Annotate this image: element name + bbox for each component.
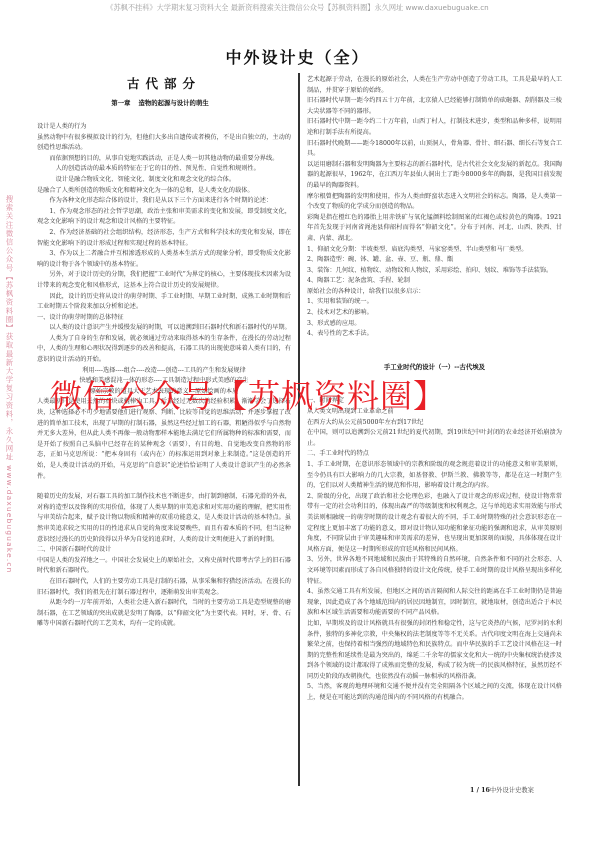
paragraph: 设计是融合物质文化、智能文化、制度文化和观念文化的综合体。: [37, 175, 291, 186]
chapter-number: 第一章: [111, 99, 130, 107]
paragraph: 旧石器时代晚期——距今18000年以前，山顶洞人，骨角器、骨针、细石器、细长石等…: [307, 139, 562, 160]
section-title: 古代部分: [37, 76, 291, 92]
paragraph: 艺术起源于劳动，在漫长的原始社会，人类在生产劳动中创造了劳动工具，工具是最早的人…: [307, 75, 562, 96]
paragraph: 1、手工业时期，在意识形态领域中的宗教和阶级的观念规范着设计的功能意义和审美原则…: [307, 460, 562, 492]
footer-label: 中外设计史教案: [490, 787, 534, 794]
paragraph: 5、当然，客观的地理环境和交通不便并没有完全阻隔各个区域之间的交流，体现在设计风…: [307, 682, 562, 703]
paragraph: 设计是人类的行为: [37, 122, 291, 133]
paragraph: 比如，早期埃及的设计风格就具有很强的封闭性和稳定性，这与它炎热的气候，尼罗河的水…: [307, 619, 562, 683]
paragraph: 随着历史的发展，对石器工具的加工制作技术也不断进步，由打制到磨制，石器光滑的外表…: [37, 492, 291, 545]
paragraph: 3、装饰：几何纹、植物纹、动物纹和人物纹，采用彩绘、拍印、划纹、堆饰等手法装饰。: [307, 266, 562, 277]
paragraph: 二、中国新石器时代的设计: [37, 545, 291, 556]
paragraph: 而依据预想的目的，从事自觉地实践活动，正是人类一切其他动物的最重要分界线。: [37, 154, 291, 165]
paragraph: 1、作为观念形态的社会哲学思潮，政治主张和审美需求的变化和发展，即受制度文化，观…: [37, 207, 291, 228]
paragraph: 中国是人类的发祥地之一。中国社会发展史上的原始社会，又称史前时代即考古学上的旧石…: [37, 556, 291, 577]
paragraph: 3、另外，世界各地不同地域和民族由于其特殊的自然环境，自然条件和不同的社会形态、…: [307, 555, 562, 587]
header-watermark: 《苏枫不挂科》大学期末复习资料大全 最新资料搜索关注微信公众号【苏枫资料圈】永久…: [0, 3, 595, 13]
side-watermark: 搜索关注微信公众号【苏枫资料圈】获取最新大学复习资料，永久网址 www.daxu…: [5, 195, 15, 574]
column-divider: [298, 73, 300, 786]
paragraph: 二、手工业时代的特点: [307, 449, 562, 460]
paragraph: 2、作为经济基础的社会组织结构，经济形态，生产方式和科学技术的变化和发展，即在智…: [37, 228, 291, 249]
paragraph: 4、虽然交通工具有所发展，但地区之间的语言隔阂和人际交往的距离在手工业时期仍是普…: [307, 587, 562, 619]
paragraph: 4、表号性的艺术手法。: [307, 329, 562, 340]
paragraph: 人类为了自身的生存和发展，就必须通过劳动来取得基本的生存条件，在漫长的劳动过程中…: [37, 334, 291, 366]
paragraph: 是融合了人类所创造的物质文化和精神文化为一体的总和，是人类文化的载体。: [37, 186, 291, 197]
paragraph: 人的创造活动的最本质的特征在于它的目的性、预见性、自觉性和规则性。: [37, 164, 291, 175]
red-watermark-overlay: 微信公众号【苏枫资料圈】: [50, 376, 570, 416]
paragraph: 原始社会的各种设计，给我们以很多启示：: [307, 287, 562, 298]
paragraph: 旧石器时代早期一距今约四五十万年前，北京猿人已经能够打制简单的砍砸器、刮削器及三…: [307, 96, 562, 117]
paragraph: 从距今约一万年前开始，人类社会进入新石器时代，当时的主要劳动工具是造型规整的磨制…: [37, 598, 291, 630]
page-footer: 1 / 16中外设计史教案: [470, 785, 534, 794]
paragraph: 1、实用和装饰的统一。: [307, 297, 562, 308]
paragraph: 另外，对于设计历史的分期，我们把握“工业时代”为界定的核心，主要体现技术因素为设…: [37, 270, 291, 291]
paragraph: 摩尔根曾把陶器的发明和使用，作为人类由野蛮状态进入文明社会的标志。陶器，是人类第…: [307, 192, 562, 213]
paragraph: 以人类的设计意识产生并缓慢发展的时期，可以追溯到旧石器时代和新石器时代的早期。: [37, 323, 291, 334]
right-bottom-paragraphs: 一、时间界定从人类文明出现到工业革命之前在西方大约从公元前5000年左右到17世…: [307, 396, 562, 703]
paragraph: 在中国，则可以追溯到公元前21世纪的夏代初期，到19世纪中叶封闭的农业经济开始崩…: [307, 428, 562, 449]
egypt-heading: 手工业时代的设计（一）--古代埃及: [307, 362, 562, 373]
paragraph: 3、作为以上二者融合并互相渗透形成的人类基本生活方式的现象分析，即受物质文化影响…: [37, 249, 291, 270]
paragraph: 2、陶器造型：碗、钵、罐、盆、壶、豆、瓶、鼎、甑: [307, 255, 562, 266]
chapter-name: 造物的起源与设计的萌生: [138, 99, 208, 107]
paragraph: 以运用磨制石器和发明陶器为主要标志的新石器时代，是古代社会文化发展的新起点。我国…: [307, 160, 562, 192]
paragraph: 1、仰韶文化分期：半坡类型、庙底沟类型、马家窑类型、半山类型和马厂类型。: [307, 245, 562, 256]
right-top-paragraphs: 艺术起源于劳动，在漫长的原始社会，人类在生产劳动中创造了劳动工具，工具是最早的人…: [307, 75, 562, 340]
paragraph: 在西方大约从公元前5000年左右到17世纪: [307, 418, 562, 429]
paragraph: 2、阶级的分化，出现了政治和社会伦理色彩，也融入了设计观念的形成过程，使设计物常…: [307, 492, 562, 556]
paragraph: 因此，设计的历史将从设计的萌芽时期、手工业时期、早期工业时期、成熟工业时期和后工…: [37, 292, 291, 313]
paragraph: 彩陶是指在橙红色的器胎上用赤铁矿与氧化锰颜料绘制图案的红褐色或棕黄色的陶器。19…: [307, 213, 562, 245]
page-title: 中外设计史（全）: [0, 45, 595, 68]
paragraph: 3、形式感的应用。: [307, 319, 562, 330]
paragraph: 作为各种文化形态综合体的设计，我们是从以下三个方面来进行各个时期的论述：: [37, 196, 291, 207]
chapter-title: 第一章造物的起源与设计的萌生: [37, 98, 291, 108]
paragraph: 利用----选择----组合----改造----创造---工具的产生和发展规律: [37, 366, 291, 377]
paragraph: 2、技术对艺术的影响。: [307, 308, 562, 319]
paragraph: 虽然动物中有很多模拟设计的行为，但他们大多出自遗传或者模仿，不是出自独立的，主动…: [37, 133, 291, 154]
paragraph: 一、设计的萌芽时期的总体特征: [37, 313, 291, 324]
paragraph: 4、陶器工艺：泥条盘筑、手捏、轮制: [307, 276, 562, 287]
paragraph: 旧石器时代中期一距今约二十万年前，山西丁村人，打制技术进步，类型和品种多样，说明…: [307, 117, 562, 138]
page-total: 16: [481, 787, 490, 794]
paragraph: 在旧石器时代，人们的主要劳动工具是打制的石器，从事采集和狩猎经济活动。在漫长的旧…: [37, 577, 291, 598]
left-column: 古代部分 第一章造物的起源与设计的萌生 设计是人类的行为虽然动物中有很多模拟设计…: [37, 70, 291, 630]
